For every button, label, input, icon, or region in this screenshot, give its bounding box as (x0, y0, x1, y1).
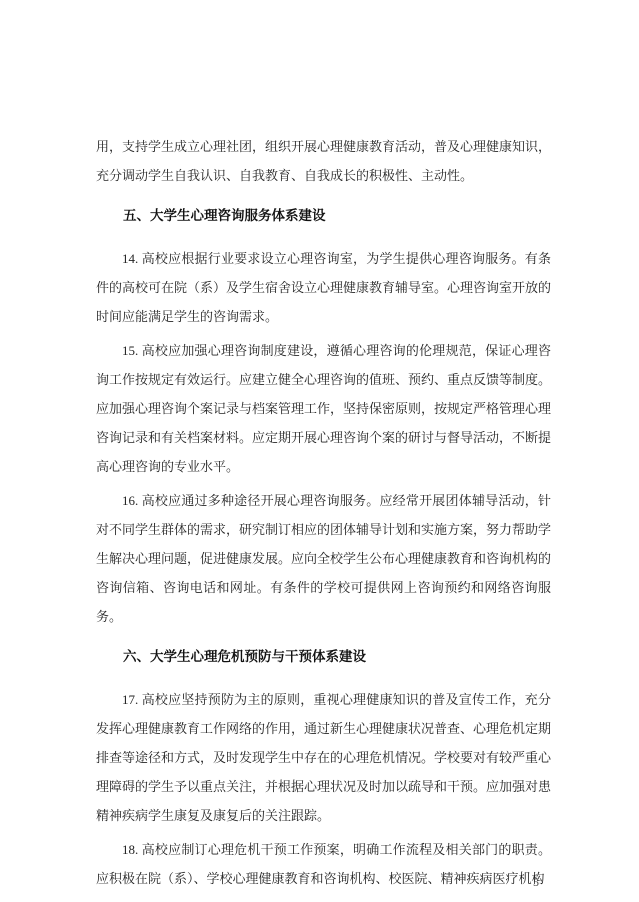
paragraph-continuation: 用，支持学生成立心理社团，组织开展心理健康教育活动，普及心理健康知识，充分调动学… (96, 132, 551, 190)
paragraph-item-18: 18. 高校应制订心理危机干预工作预案，明确工作流程及相关部门的职责。应积极在院… (96, 835, 551, 893)
section-heading-six: 六、大学生心理危机预防与干预体系建设 (96, 642, 551, 671)
document-page: 用，支持学生成立心理社团，组织开展心理健康教育活动，普及心理健康知识，充分调动学… (0, 0, 639, 902)
page-number: 5 (533, 874, 539, 890)
paragraph-item-17: 17. 高校应坚持预防为主的原则，重视心理健康知识的普及宣传工作，充分发挥心理健… (96, 685, 551, 830)
document-body: 用，支持学生成立心理社团，组织开展心理健康教育活动，普及心理健康知识，充分调动学… (96, 132, 551, 898)
paragraph-item-15: 15. 高校应加强心理咨询制度建设，遵循心理咨询的伦理规范，保证心理咨询工作按规… (96, 336, 551, 481)
paragraph-item-16: 16. 高校应通过多种途径开展心理咨询服务。应经常开展团体辅导活动，针对不同学生… (96, 486, 551, 631)
paragraph-item-14: 14. 高校应根据行业要求设立心理咨询室，为学生提供心理咨询服务。有条件的高校可… (96, 244, 551, 331)
section-heading-five: 五、大学生心理咨询服务体系建设 (96, 201, 551, 230)
